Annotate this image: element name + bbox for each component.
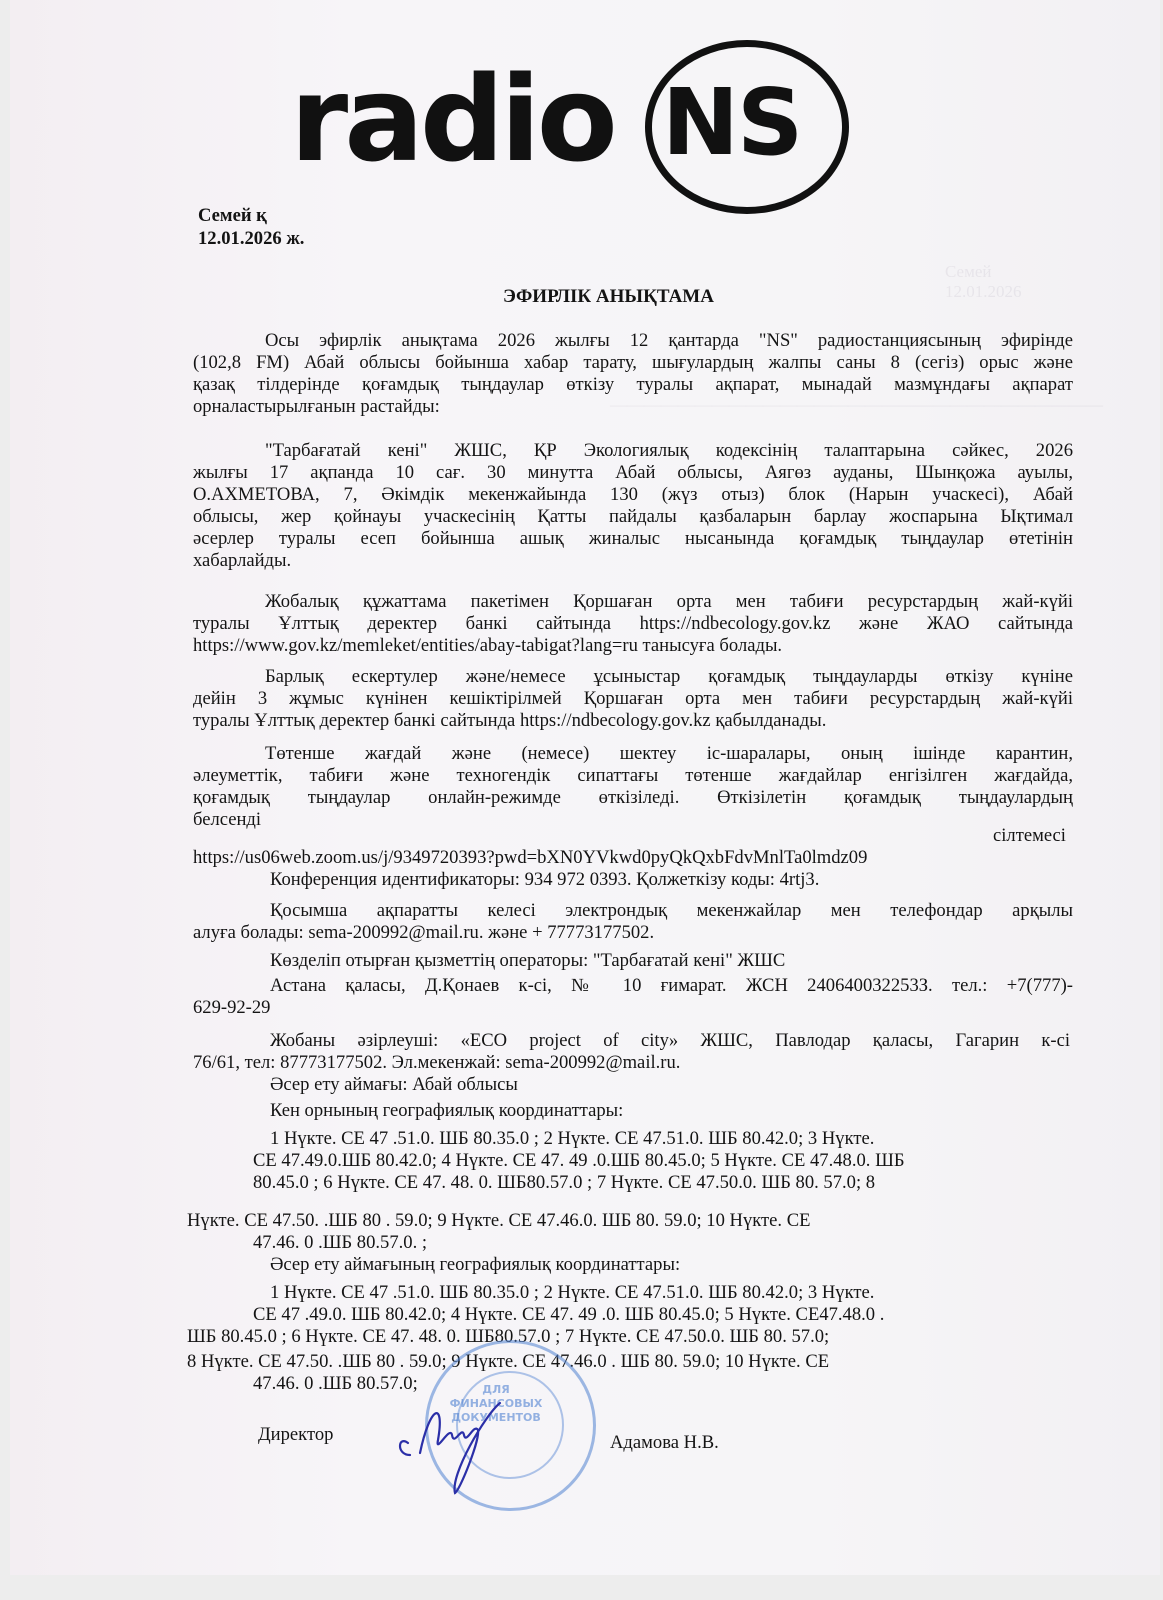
text-line: сілтемесі: [993, 825, 1066, 847]
coord-line: 1 Нүкте. СЕ 47 .51.0. ШБ 80.35.0 ; 2 Нүк…: [270, 1128, 874, 1150]
logo-ns-circle: NS: [645, 40, 849, 214]
text-line: "Тарбағатай кені" ЖШС, ҚР Экологиялық ко…: [265, 440, 1073, 462]
text-line: туралы Ұлттық деректер банкі сайтында ht…: [193, 613, 1073, 635]
showthrough-text: —————————————————————————————: [610, 395, 1103, 415]
signatory-role: Директор: [258, 1424, 333, 1446]
signature-mark: [390, 1385, 530, 1495]
coord-line: Нүкте. СЕ 47.50. .ШБ 80 . 59.0; 9 Нүкте.…: [187, 1210, 811, 1232]
logo-ns-text: NS: [662, 69, 801, 176]
text-line: жылғы 17 ақпанда 10 сағ. 30 минутта Абай…: [193, 462, 1073, 484]
logo-wordmark: radio: [290, 50, 614, 188]
operator: Көзделіп отырған қызметтің операторы: "Т…: [270, 950, 785, 972]
deposit-coords-title: Кен орнының географиялық координаттары:: [270, 1100, 623, 1122]
text-line: Жобалық құжаттама пакетімен Қоршаған орт…: [265, 591, 1073, 613]
text-line: Осы эфирлік анықтама 2026 жылғы 12 қанта…: [265, 330, 1073, 352]
developer-contacts: 76/61, тел: 87773177502. Эл.мекенжай: se…: [193, 1052, 680, 1074]
text-line: Төтенше жағдай және (немесе) шектеу іс-ш…: [265, 743, 1073, 765]
text-line: (102,8 FM) Абай облысы бойынша хабар тар…: [193, 352, 1073, 374]
text-line: О.АХМЕТОВА, 7, Әкімдік мекенжайында 130 …: [193, 484, 1073, 506]
showthrough-text: Семей12.01.2026: [945, 262, 1022, 302]
text-line: хабарлайды.: [193, 550, 291, 572]
text-line: әлеуметтік, табиғи және техногендік сипа…: [193, 765, 1073, 787]
coord-line: 47.46. 0 .ШБ 80.57.0. ;: [253, 1232, 427, 1254]
text-line: туралы Ұлттық деректер банкі сайтында ht…: [193, 710, 826, 732]
coord-line: 1 Нүкте. СЕ 47 .51.0. ШБ 80.35.0 ; 2 Нүк…: [270, 1282, 874, 1304]
developer: Жобаны әзірлеуші: «ECO project of city» …: [270, 1030, 1070, 1052]
conference-id: Конференция идентификаторы: 934 972 0393…: [270, 869, 819, 891]
text-line: Барлық ескертулер және/немесе ұсыныстар …: [265, 666, 1073, 688]
coord-line: СЕ 47 .49.0. ШБ 80.42.0; 4 Нүкте. СЕ 47.…: [253, 1304, 884, 1326]
document-title: ЭФИРЛІК АНЫҚТАМА: [503, 286, 714, 308]
zoom-link: https://us06web.zoom.us/j/9349720393?pwd…: [193, 847, 867, 869]
text-line: белсенді: [193, 809, 261, 831]
text-line: дейін 3 жұмыс күнінен кешіктірілмей Қорш…: [193, 688, 1073, 710]
text-line: орналастырылғанын растайды:: [193, 396, 440, 418]
signatory-name: Адамова Н.В.: [610, 1432, 719, 1454]
text-line: қоғамдық тыңдаулар онлайн-режимде өткізі…: [193, 787, 1073, 809]
contact-info: алуға болады: sema-200992@mail.ru. және …: [193, 922, 654, 944]
text-line: Қосымша ақпаратты келесі электрондық мек…: [270, 900, 1073, 922]
coord-line: СЕ 47.49.0.ШБ 80.42.0; 4 Нүкте. СЕ 47. 4…: [253, 1150, 905, 1172]
header-date: 12.01.2026 ж.: [198, 228, 304, 250]
operator-phone: 629-92-29: [193, 997, 270, 1019]
coord-line: 80.45.0 ; 6 Нүкте. СЕ 47. 48. 0. ШБ80.57…: [253, 1172, 875, 1194]
operator-address: Астана қаласы, Д.Қонаев к-сі, № 10 ғимар…: [270, 975, 1073, 997]
text-line: әсерлер туралы есеп бойынша ашық жиналыс…: [193, 528, 1073, 550]
text-line: https://www.gov.kz/memleket/entities/aba…: [193, 635, 782, 657]
text-line: қазақ тілдерінде қоғамдық тыңдаулар өткі…: [193, 374, 1073, 396]
radio-ns-logo: radio NS: [290, 30, 890, 220]
header-place: Семей қ: [198, 205, 267, 227]
document-page: Семей12.01.2026 ————————————————————————…: [10, 0, 1160, 1575]
text-line: облысы, жер қойнауы учаскесінің Қатты па…: [193, 506, 1073, 528]
impact-coords-title: Әсер ету аймағының географиялық координа…: [270, 1254, 680, 1276]
impact-zone: Әсер ету аймағы: Абай облысы: [270, 1074, 518, 1096]
